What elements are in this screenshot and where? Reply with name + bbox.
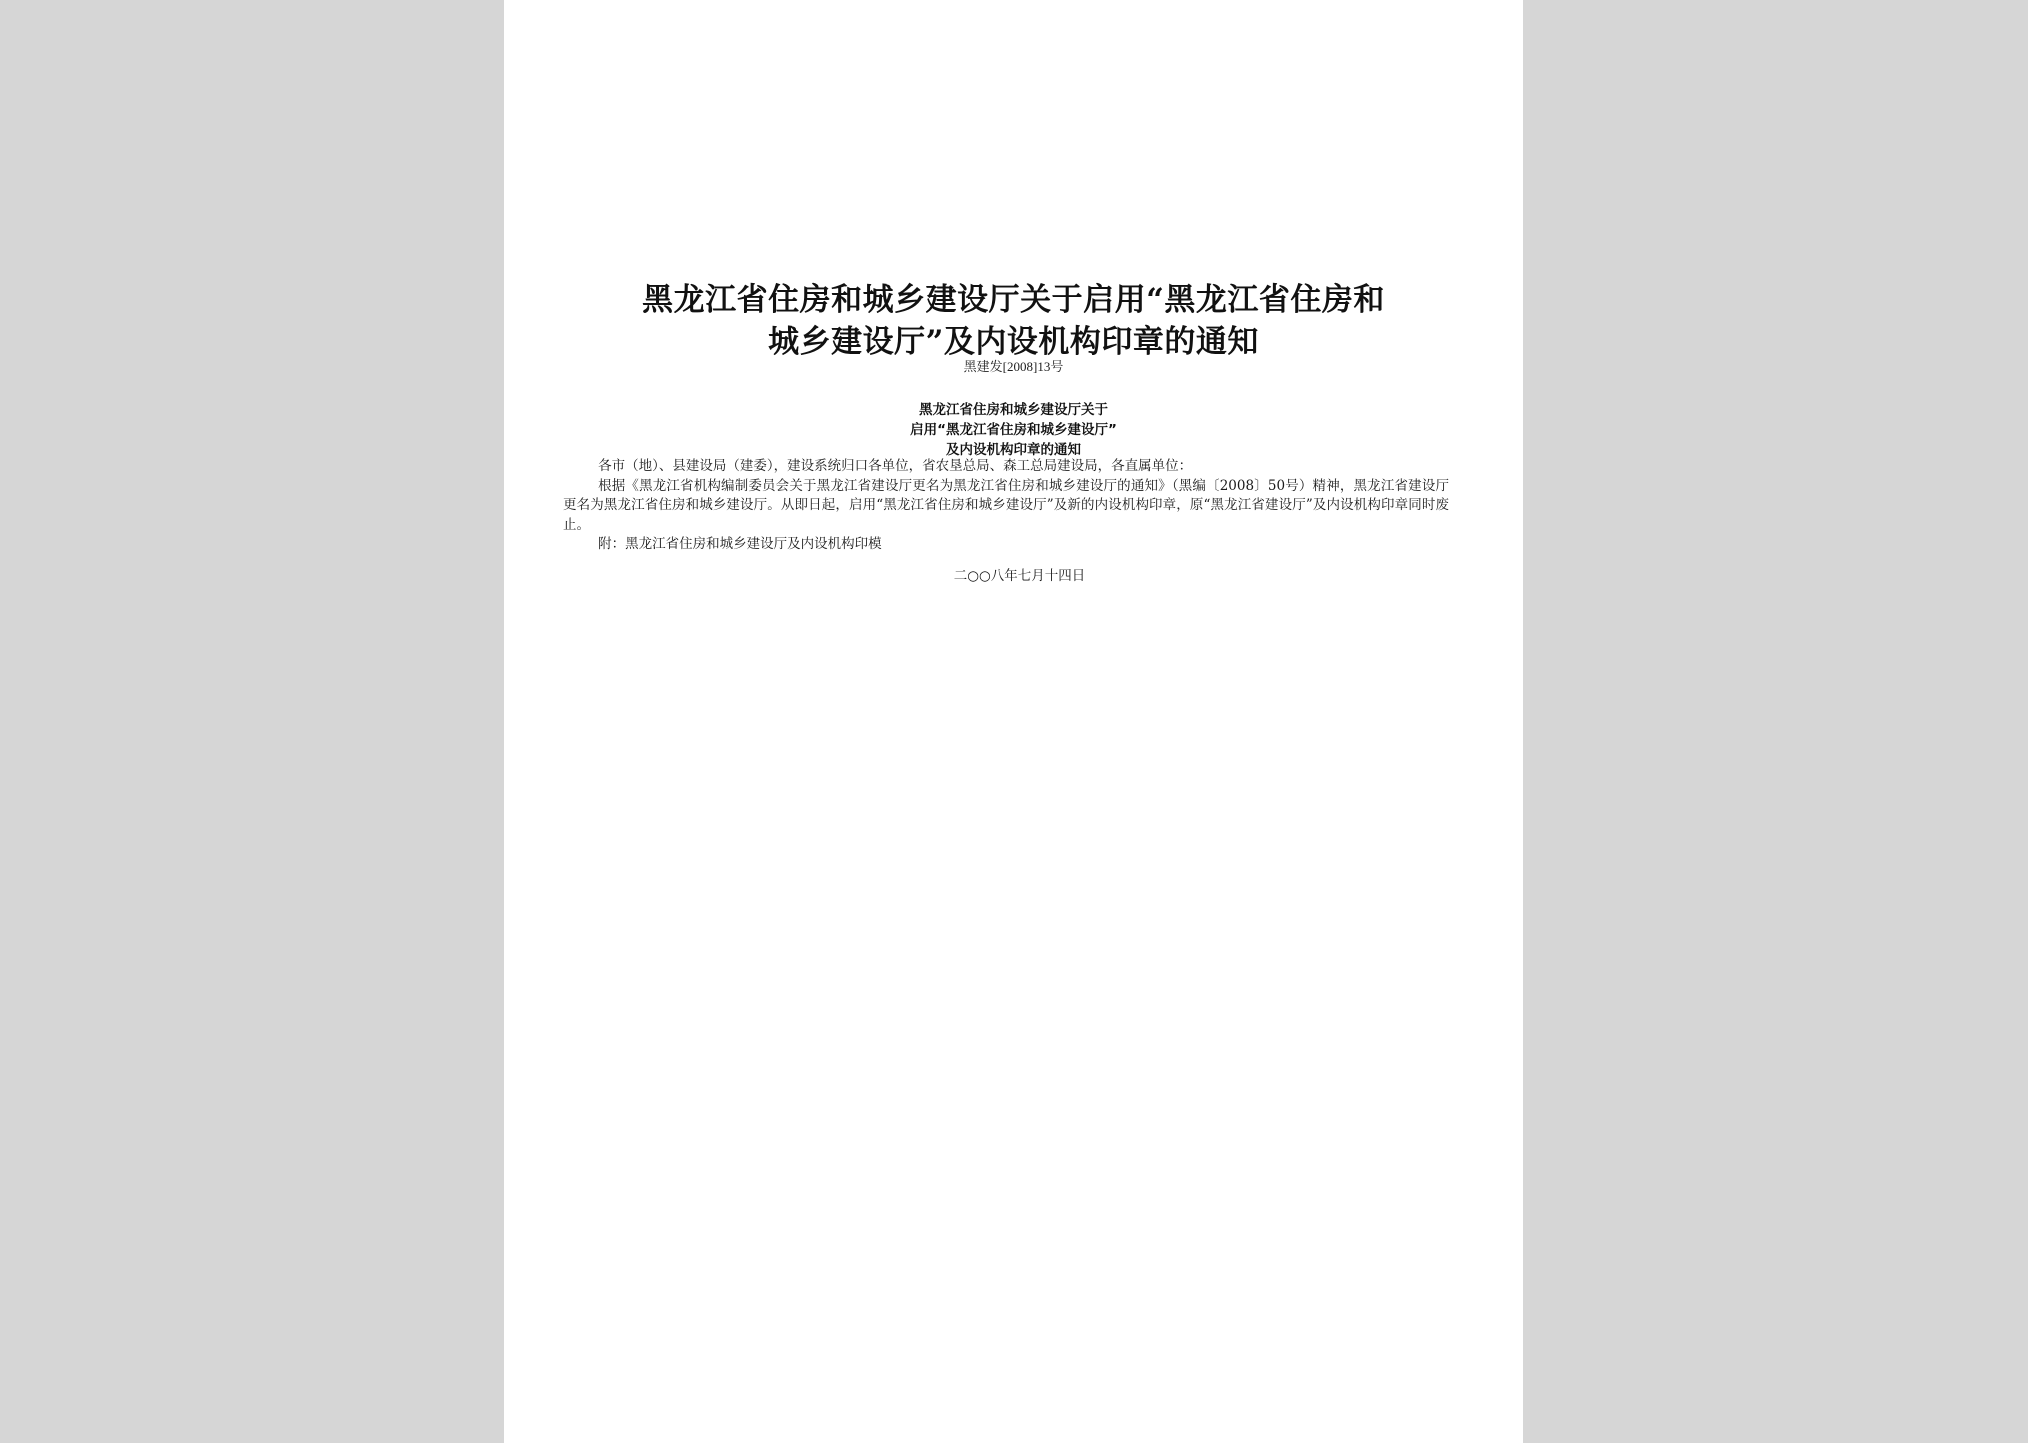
- document-title-line-2: 城乡建设厅”及内设机构印章的通知: [504, 316, 1523, 361]
- document-title-line-1: 黑龙江省住房和城乡建设厅关于启用“黑龙江省住房和: [504, 274, 1523, 319]
- document-page: 黑龙江省住房和城乡建设厅关于启用“黑龙江省住房和 城乡建设厅”及内设机构印章的通…: [504, 0, 1523, 1443]
- document-viewer: 黑龙江省住房和城乡建设厅关于启用“黑龙江省住房和 城乡建设厅”及内设机构印章的通…: [0, 0, 2028, 1443]
- document-number: 黑建发[2008]13号: [504, 356, 1523, 375]
- notice-heading-line-2: 启用“黑龙江省住房和城乡建设厅”: [504, 418, 1523, 438]
- attachment-paragraph: 附：黑龙江省住房和城乡建设厅及内设机构印模: [563, 535, 1449, 555]
- notice-heading-line-3: 及内设机构印章的通知: [504, 438, 1523, 458]
- main-paragraph: 根据《黑龙江省机构编制委员会关于黑龙江省建设厅更名为黑龙江省住房和城乡建设厅的通…: [563, 477, 1449, 536]
- notice-heading-line-1: 黑龙江省住房和城乡建设厅关于: [504, 398, 1523, 418]
- salutation-paragraph: 各市（地）、县建设局（建委），建设系统归口各单位，省农垦总局、森工总局建设局，各…: [563, 457, 1449, 477]
- notice-body: 各市（地）、县建设局（建委），建设系统归口各单位，省农垦总局、森工总局建设局，各…: [563, 457, 1449, 555]
- issue-date: 二○○八年七月十四日: [504, 564, 1523, 584]
